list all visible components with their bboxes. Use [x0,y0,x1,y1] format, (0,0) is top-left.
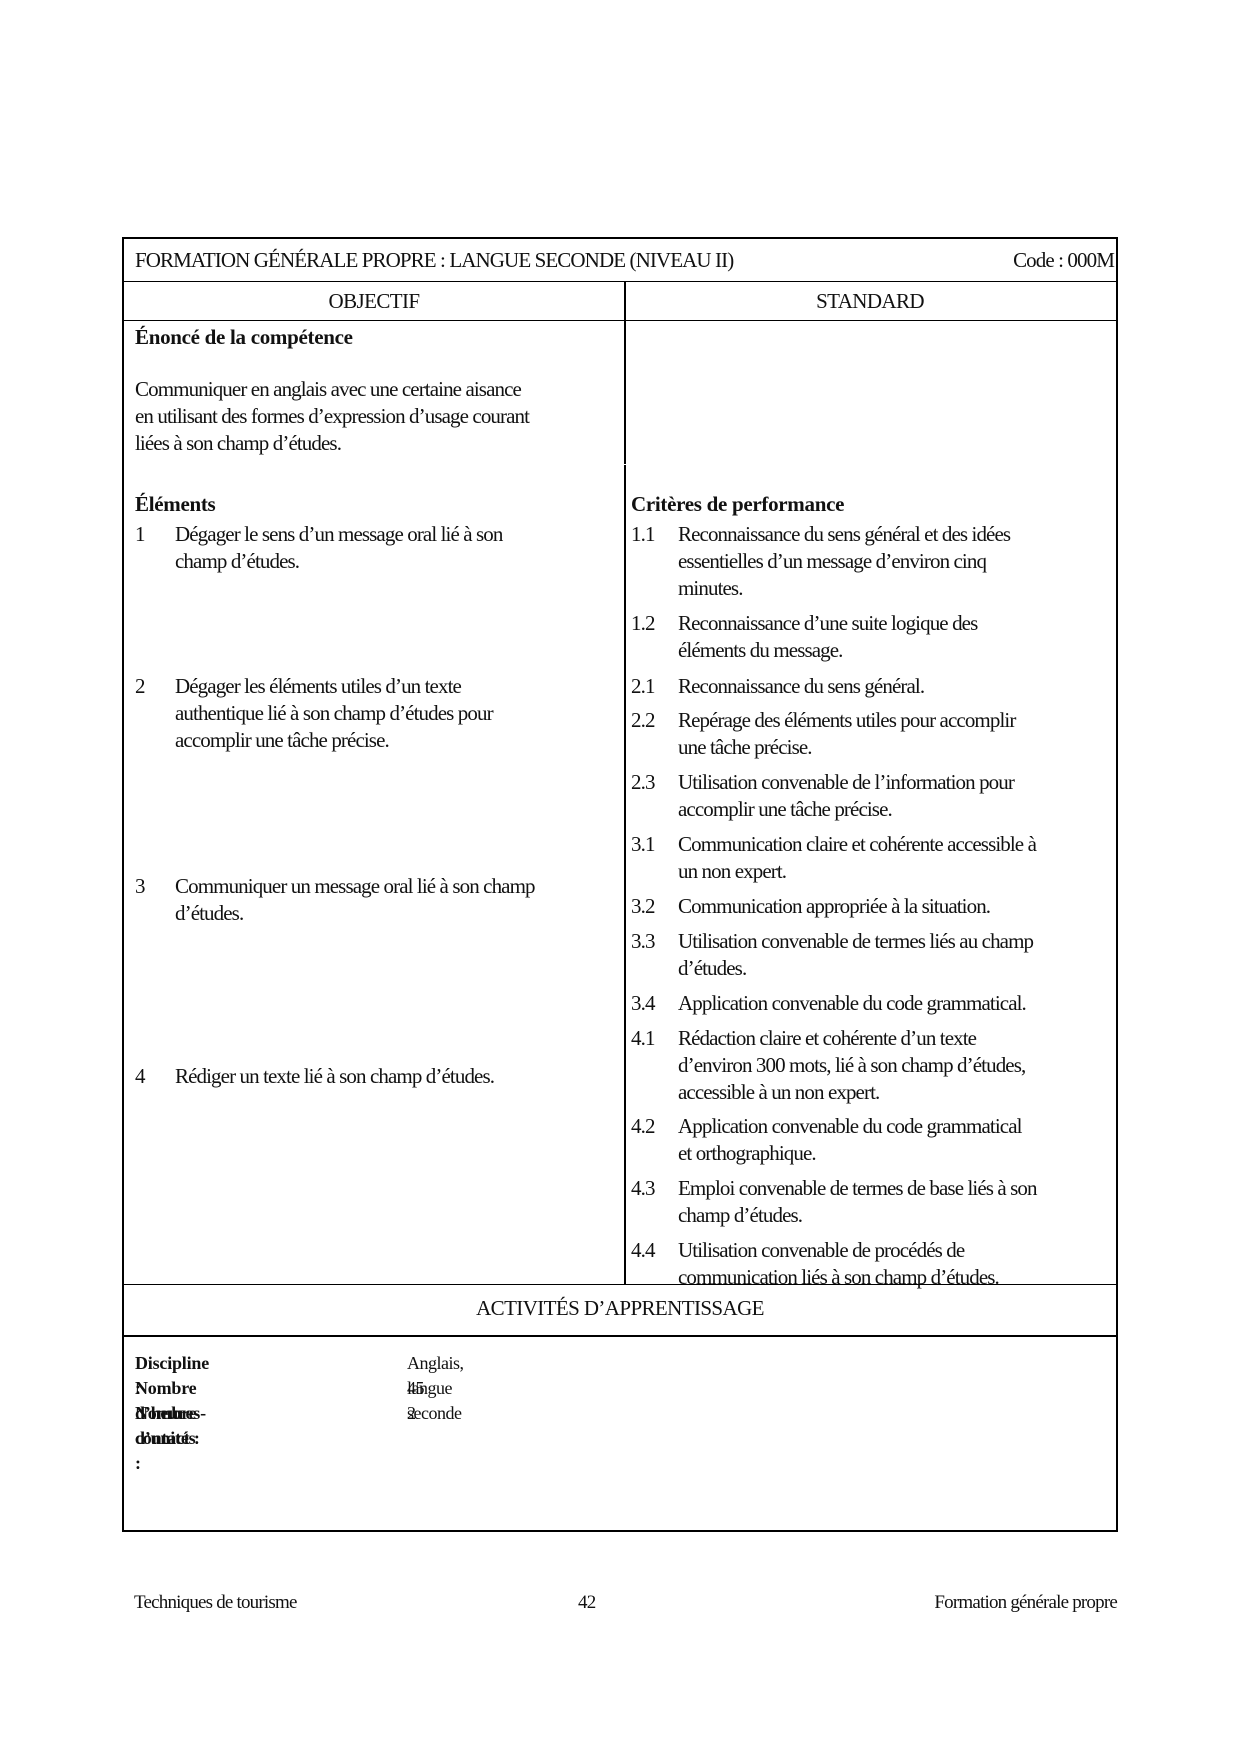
element-item-text: Communiquer un message oral lié à son ch… [175,873,620,927]
criterion-item-text: Communication claire et cohérente access… [678,831,1118,885]
elements-heading: Éléments [135,491,215,518]
competence-line: liées à son champ d’études. [135,430,529,457]
element-item-text: Dégager le sens d’un message oral lié à … [175,521,620,575]
column-headers: OBJECTIF STANDARD [124,282,1116,321]
criteria-heading: Critères de performance [631,491,844,518]
criterion-item-text: Reconnaissance d’une suite logique desél… [678,610,1118,664]
criterion-item-number: 3.2 [631,893,655,920]
footer-program: Techniques de tourisme [134,1592,297,1614]
element-item-text: Rédiger un texte lié à son champ d’étude… [175,1063,620,1090]
element-item-text: Dégager les éléments utiles d’un texteau… [175,673,620,754]
criterion-item-number: 2.1 [631,673,655,700]
criterion-item-number: 2.2 [631,707,655,734]
criterion-item-text: Repérage des éléments utiles pour accomp… [678,707,1118,761]
criterion-item-text: Reconnaissance du sens général. [678,673,1118,700]
criterion-item-text: Utilisation convenable de l’information … [678,769,1118,823]
objective-column-header: OBJECTIF [124,289,624,314]
competence-line: en utilisant des formes d’expression d’u… [135,403,529,430]
course-title: FORMATION GÉNÉRALE PROPRE : LANGUE SECON… [135,248,733,273]
competency-table: FORMATION GÉNÉRALE PROPRE : LANGUE SECON… [122,237,1118,1532]
table-header-row: FORMATION GÉNÉRALE PROPRE : LANGUE SECON… [124,239,1116,282]
criterion-item-number: 3.4 [631,990,655,1017]
criterion-item-text: Application convenable du code grammatic… [678,990,1118,1017]
criterion-item-number: 3.1 [631,831,655,858]
criterion-item-text: Application convenable du code grammatic… [678,1113,1118,1167]
competence-heading: Énoncé de la compétence [135,324,353,351]
criterion-item-text: Reconnaissance du sens général et des id… [678,521,1118,602]
criterion-item-number: 1.2 [631,610,655,637]
criterion-item-number: 2.3 [631,769,655,796]
course-code: Code : 000M [1013,248,1114,273]
element-item-number: 2 [135,673,145,700]
competence-statement: Communiquer en anglais avec une certaine… [135,376,529,457]
criterion-item-number: 3.3 [631,928,655,955]
activities-heading: ACTIVITÉS D’APPRENTISSAGE [124,1284,1116,1337]
criterion-item-text: Utilisation convenable de procédés decom… [678,1237,1118,1291]
element-item-number: 4 [135,1063,145,1090]
criterion-item-text: Emploi convenable de termes de base liés… [678,1175,1118,1229]
info-value: 45 [407,1376,424,1401]
footer-section: Formation générale propre [934,1592,1117,1614]
competence-line: Communiquer en anglais avec une certaine… [135,376,529,403]
criterion-item-text: Rédaction claire et cohérente d’un texte… [678,1025,1118,1106]
criterion-item-number: 4.4 [631,1237,655,1264]
criterion-item-number: 1.1 [631,521,655,548]
element-item-number: 1 [135,521,145,548]
criterion-item-text: Utilisation convenable de termes liés au… [678,928,1118,982]
column-divider [624,465,626,1284]
standard-column-header: STANDARD [624,289,1116,314]
criterion-item-number: 4.2 [631,1113,655,1140]
criterion-item-number: 4.3 [631,1175,655,1202]
info-value: 2 [407,1401,416,1426]
page-number: 42 [578,1592,595,1614]
criterion-item-number: 4.1 [631,1025,655,1052]
column-divider [624,282,626,464]
info-label: Nombre d’unités : [135,1401,196,1476]
element-item-number: 3 [135,873,145,900]
criterion-item-text: Communication appropriée à la situation. [678,893,1118,920]
